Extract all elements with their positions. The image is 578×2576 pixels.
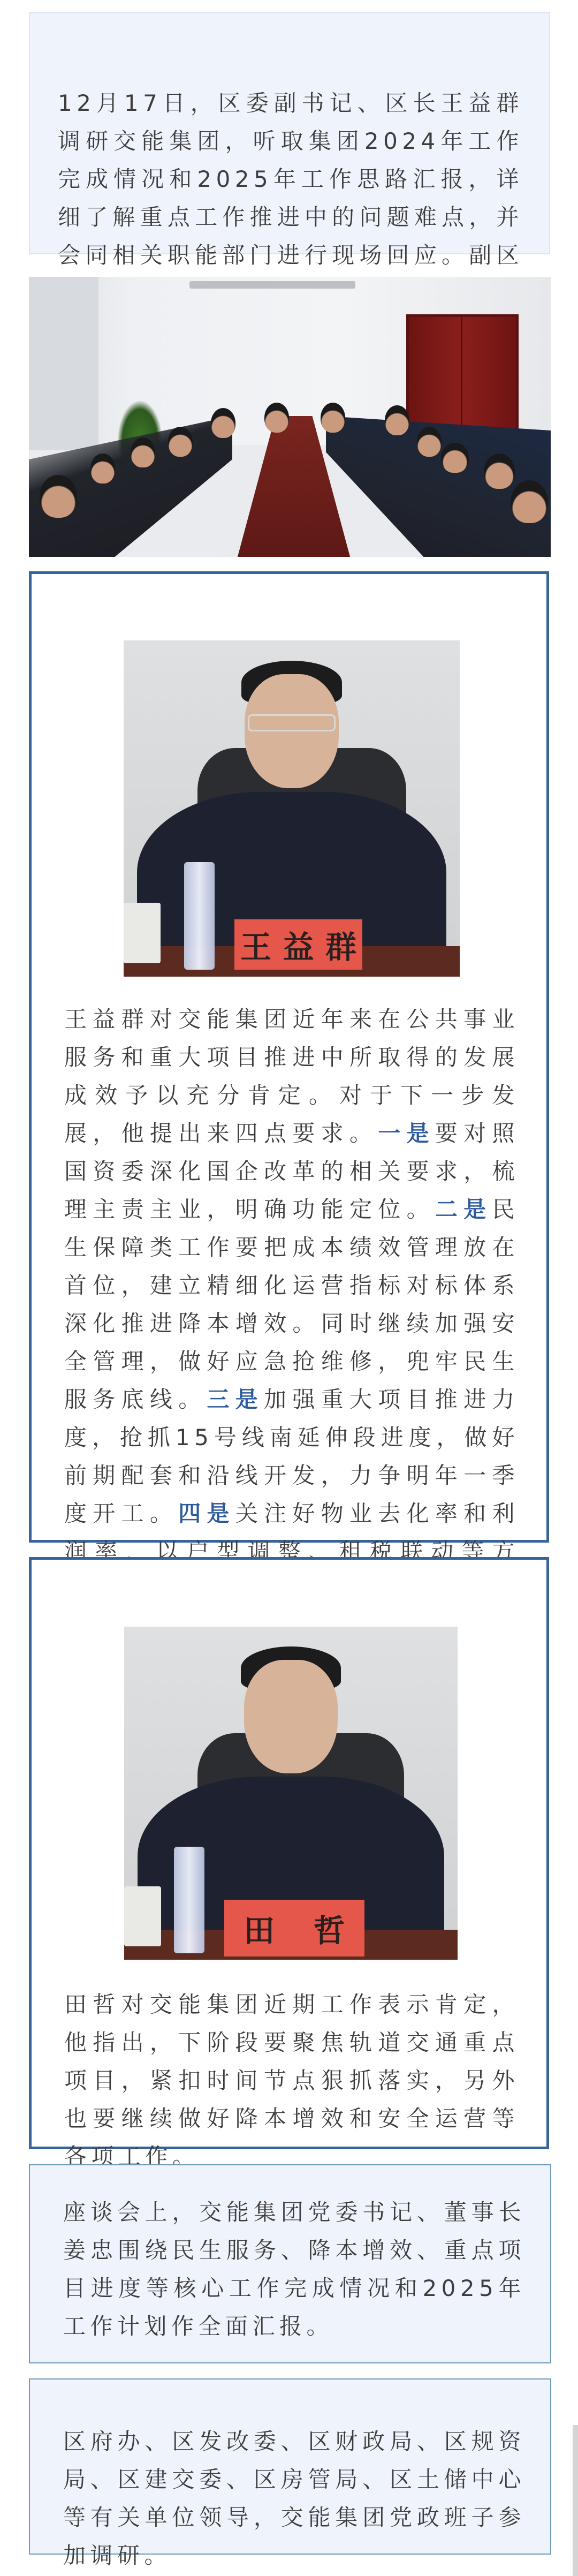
attendees-box: 区府办、区发改委、区财政局、区规资局、区建交委、区房管局、区土储中心等有关单位领… — [29, 2378, 551, 2555]
portrait-face — [244, 1660, 337, 1773]
photo-head — [131, 437, 155, 467]
photo-head — [484, 454, 515, 489]
name-plate: 王 益 群 — [234, 919, 362, 970]
report-box: 座谈会上，交能集团党委书记、董事长姜忠围绕民生服务、降本增效、重点项目进度等核心… — [29, 2164, 551, 2363]
name-plate-char: 群 — [325, 922, 356, 967]
portrait-wang: 王 益 群 — [124, 640, 460, 977]
name-plate-char: 田 — [244, 1906, 275, 1951]
cup-icon — [124, 903, 161, 963]
photo-head — [511, 480, 548, 523]
leader-card-tian: 田 哲 田哲对交能集团近期工作表示肯定，他指出，下阶段要聚焦轨道交通重点项目，紧… — [29, 1557, 549, 2149]
point-four-label: 四是 — [178, 1500, 235, 1527]
name-plate: 田 哲 — [224, 1900, 364, 1956]
name-plate-char: 哲 — [314, 1906, 345, 1951]
water-bottle-icon — [174, 1847, 204, 1953]
portrait-tian: 田 哲 — [124, 1627, 458, 1960]
portrait-face — [245, 674, 339, 789]
cup-icon — [124, 1886, 161, 1946]
card1-text: 王益群对交能集团近年来在公共事业服务和重大项目推进中所取得的发展成效予以充分肯定… — [64, 1000, 519, 1646]
card2-text: 田哲对交能集团近期工作表示肯定，他指出，下阶段要聚焦轨道交通重点项目，紧扣时间节… — [64, 1985, 519, 2175]
point-one-label: 一是 — [378, 1120, 435, 1146]
report-text: 座谈会上，交能集团党委书记、董事长姜忠围绕民生服务、降本增效、重点项目进度等核心… — [63, 2193, 526, 2345]
photo-head — [168, 427, 193, 457]
name-plate-char: 王 — [240, 922, 271, 967]
name-plate-char: 益 — [283, 922, 314, 967]
photo-head — [417, 427, 442, 457]
photo-head — [321, 403, 345, 433]
intro-box: 12月17日，区委副书记、区长王益群调研交能集团，听取集团2024年工作完成情况… — [29, 12, 550, 254]
text-segment: 民生保障类工作要把成本绩效管理放在首位，建立精细化运营指标对标体系深化推进降本增… — [64, 1196, 519, 1412]
glasses-icon — [248, 714, 335, 731]
attendees-text: 区府办、区发改委、区财政局、区规资局、区建交委、区房管局、区土储中心等有关单位领… — [63, 2422, 526, 2574]
point-three-label: 三是 — [207, 1386, 264, 1412]
photo-head — [40, 475, 77, 518]
leader-card-wang: 王 益 群 王益群对交能集团近年来在公共事业服务和重大项目推进中所取得的发展成效… — [29, 571, 549, 1543]
photo-projector-screen — [189, 281, 355, 289]
photo-head — [264, 403, 289, 433]
photo-head — [441, 443, 469, 473]
photo-left-wall — [29, 277, 98, 450]
photo-head — [90, 454, 115, 484]
water-bottle-icon — [184, 862, 215, 970]
photo-head — [385, 405, 409, 435]
photo-head — [211, 408, 235, 438]
scrollbar[interactable] — [573, 2425, 578, 2576]
meeting-photo — [29, 277, 551, 557]
point-two-label: 二是 — [435, 1196, 492, 1222]
